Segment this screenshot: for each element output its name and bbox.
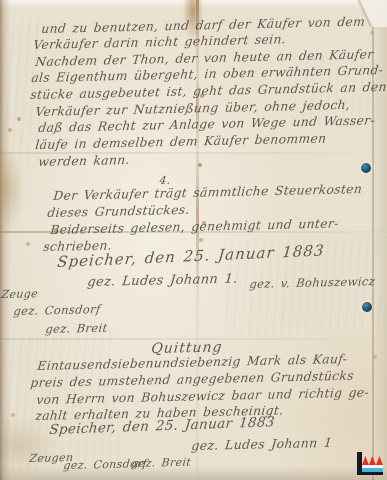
clause-line: Der Verkäufer trägt sämmtliche Steuerkos… bbox=[53, 183, 363, 202]
deed-line: und zu benutzen, und darf der Käufer von… bbox=[41, 16, 366, 36]
rust-speckles bbox=[0, 0, 2, 2]
receipt-witness-breit: gez. Breit bbox=[131, 457, 192, 469]
document-photo: und zu benutzen, und darf der Käufer von… bbox=[0, 0, 387, 480]
signature-ludes-johann: gez. Ludes Johann 1. bbox=[87, 273, 239, 289]
deed-line: Verkäufer darin nicht gehindert sein. bbox=[33, 33, 287, 51]
punch-hole bbox=[362, 302, 372, 312]
deed-line: werden kann. bbox=[38, 154, 131, 168]
clause-line: dieses Grundstückes. bbox=[47, 204, 191, 220]
clause-line: Beiderseits gelesen, genehmigt und unter… bbox=[50, 217, 339, 236]
factory-logo bbox=[356, 450, 384, 477]
signature-bohuszewicz: gez. v. Bohuszewicz bbox=[249, 276, 376, 290]
clause-number: 4. bbox=[159, 175, 171, 186]
receipt-heading: Quittung bbox=[151, 340, 224, 356]
receipt-signature-ludes: gez. Ludes Johann 1 bbox=[191, 437, 333, 453]
deed-line: läufe in demselben dem Käufer benommen bbox=[35, 132, 327, 151]
punch-hole bbox=[361, 163, 371, 173]
witness-breit: gez. Breit bbox=[45, 323, 108, 336]
witness-consdorf: gez. Consdorf bbox=[13, 304, 101, 318]
factory-sawtooth-roof-icon bbox=[362, 456, 383, 465]
witness-label: Zeuge bbox=[1, 288, 39, 300]
logo-stripe-dark bbox=[362, 472, 383, 475]
